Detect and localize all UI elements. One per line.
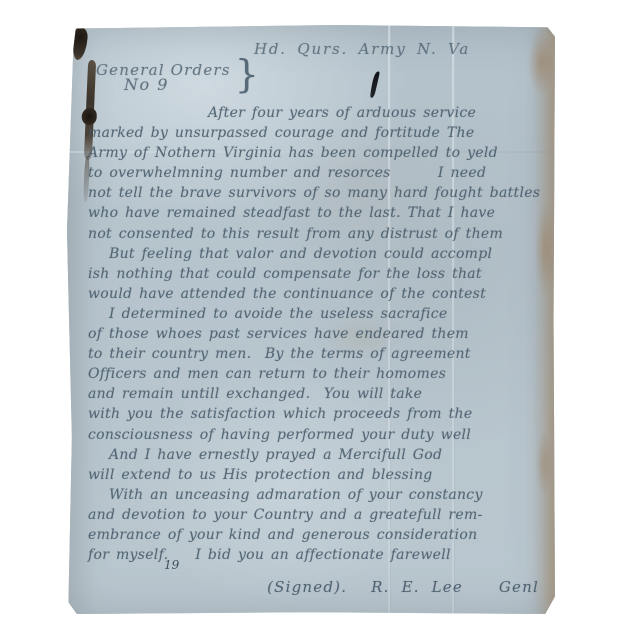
letter-body: After four years of arduous service mark… [88, 103, 543, 565]
handwritten-line: not consented to this result from any di… [88, 224, 543, 244]
letterhead: Hd. Qurs. Army N. Va [254, 40, 543, 58]
handwritten-line: consciousness of having performed your d… [88, 425, 543, 445]
handwritten-line: After four years of arduous service [208, 103, 543, 123]
handwritten-line: to their country men. By the terms of ag… [88, 344, 543, 364]
handwritten-line: ish nothing that could compensate for th… [88, 264, 543, 284]
photo-background: Hd. Qurs. Army N. Va General Orders} No … [0, 0, 635, 635]
letter-content: Hd. Qurs. Army N. Va General Orders} No … [66, 25, 555, 614]
handwritten-line: And I have ernestly prayed a Mercifull G… [109, 445, 543, 465]
handwritten-line: would have attended the continuance of t… [88, 284, 543, 304]
inserted-number-annotation: 19 [164, 558, 179, 572]
signature-line: (Signed). R. E. Lee Genl [88, 578, 539, 596]
handwritten-line: But feeling that valor and devotion coul… [109, 244, 543, 264]
handwritten-line: not tell the brave survivors of so many … [88, 183, 543, 203]
handwritten-line: Officers and men can return to their hom… [88, 364, 543, 384]
handwritten-line: who have remained steadfast to the last.… [88, 203, 543, 223]
handwritten-line: will extend to us His protection and ble… [88, 465, 543, 485]
handwritten-line: embrance of your kind and generous consi… [88, 525, 543, 545]
document-paper: Hd. Qurs. Army N. Va General Orders} No … [66, 25, 555, 614]
handwritten-line: Army of Nothern Virginia has been compel… [88, 143, 543, 163]
handwritten-line: marked by unsurpassed courage and fortit… [88, 123, 543, 143]
handwritten-line: I determined to avoide the useless sacra… [109, 304, 543, 324]
handwritten-line: and devotion to your Country and a great… [88, 505, 543, 525]
handwritten-line: and remain untill exchanged. You will ta… [88, 384, 543, 404]
handwritten-line: to overwhelmning number and resorces I n… [88, 163, 543, 183]
handwritten-line: With an unceasing admaration of your con… [109, 485, 543, 505]
handwritten-line: of those whoes past services have endear… [88, 324, 543, 344]
handwritten-line: for myself. I bid you an affectionate fa… [88, 545, 543, 565]
handwritten-line: with you the satisfaction which proceeds… [88, 404, 543, 424]
